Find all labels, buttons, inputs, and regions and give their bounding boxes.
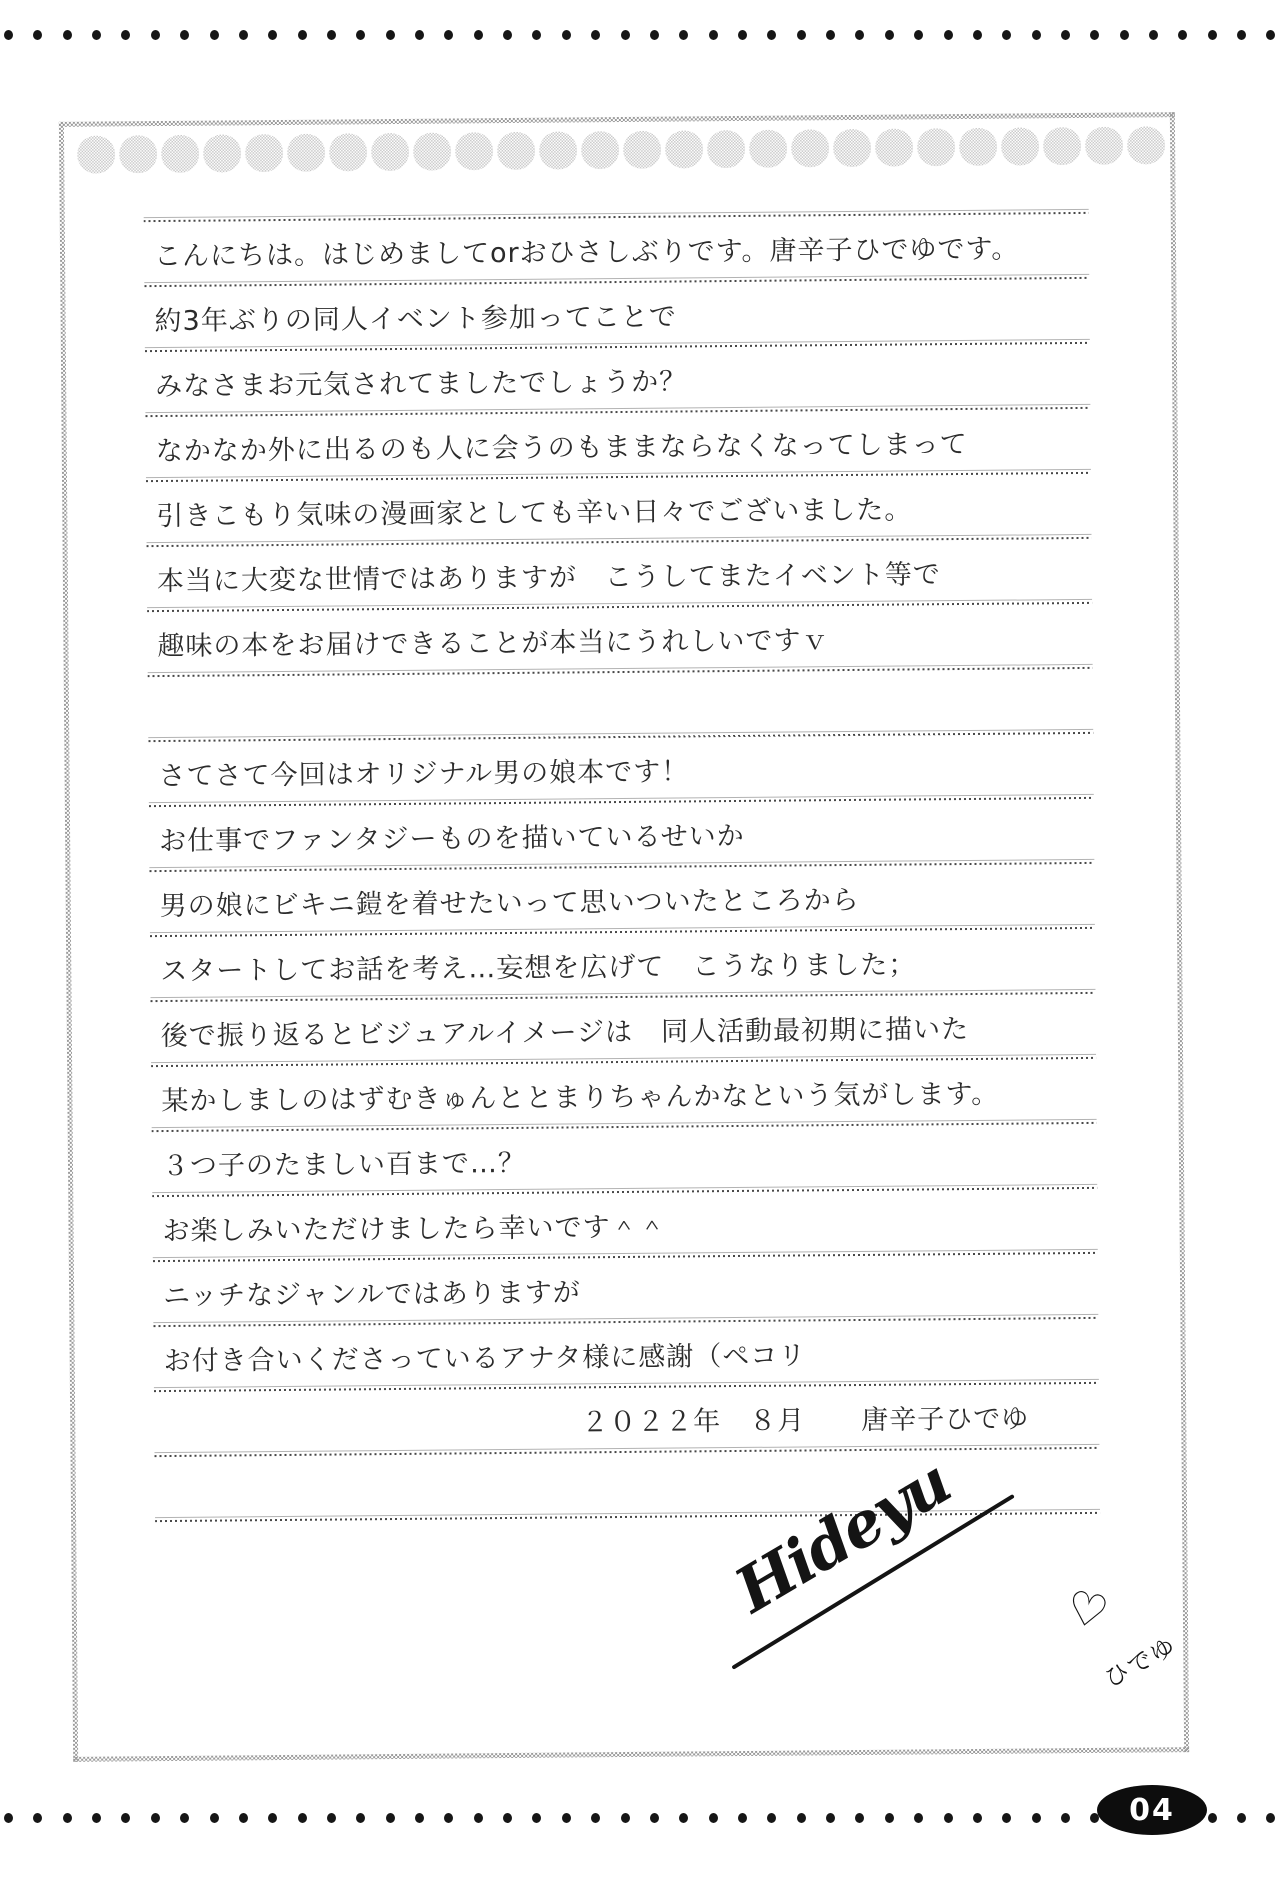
- dot: [591, 30, 600, 40]
- dot: [650, 30, 659, 40]
- dot: [709, 1813, 718, 1823]
- halftone-circle: [119, 135, 157, 173]
- text-line-row: こんにちは。はじめましてorおひさしぶりです。唐辛子ひでゆです。: [144, 215, 1090, 288]
- dot: [268, 30, 277, 40]
- artist-signature: Hideyu ♡ ひでゆ: [711, 1502, 1183, 1756]
- handwritten-text-area: こんにちは。はじめましてorおひさしぶりです。唐辛子ひでゆです。約3年ぶりの同人…: [144, 209, 1100, 1523]
- dot: [1208, 30, 1217, 40]
- handwritten-text: 後で振り返るとビジュアルイメージは 同人活動最初期に描いた: [151, 1012, 1096, 1054]
- dot: [327, 1813, 336, 1823]
- dot: [1208, 1813, 1217, 1823]
- dot: [532, 1813, 541, 1823]
- dot: [210, 1813, 219, 1823]
- halftone-circle-band: [77, 125, 1165, 174]
- dot: [415, 30, 424, 40]
- text-line-row: お仕事でファンタジーものを描いているせいか: [149, 800, 1095, 873]
- page-border-top: [59, 112, 1175, 127]
- handwritten-text: 引きこもり気味の漫画家としても辛い日々でございました。: [146, 492, 1091, 534]
- dot: [709, 30, 718, 40]
- dot: [415, 1813, 424, 1823]
- halftone-circle: [539, 131, 577, 169]
- scanned-afterword-page: こんにちは。はじめましてorおひさしぶりです。唐辛子ひでゆです。約3年ぶりの同人…: [0, 0, 1280, 1880]
- dot: [1120, 30, 1129, 40]
- dot: [973, 1813, 982, 1823]
- dot: [826, 30, 835, 40]
- dot: [121, 1813, 130, 1823]
- dot: [944, 30, 953, 40]
- dot: [1032, 30, 1041, 40]
- page-border-left: [59, 122, 78, 1762]
- dot: [180, 1813, 189, 1823]
- bottom-dots-border: [0, 1812, 1280, 1824]
- dot: [621, 30, 630, 40]
- text-line-row: 引きこもり気味の漫画家としても辛い日々でございました。: [146, 475, 1092, 548]
- dot: [474, 1813, 483, 1823]
- dot: [1237, 30, 1246, 40]
- text-line-row: 趣味の本をお届けできることが本当にうれしいですｖ: [147, 605, 1093, 678]
- dot: [239, 30, 248, 40]
- top-dots-border: [0, 29, 1280, 41]
- dot: [298, 1813, 307, 1823]
- text-line-row: ３つ子のたましい百まで…？: [152, 1125, 1098, 1198]
- halftone-circle: [623, 131, 661, 169]
- dot: [1178, 30, 1187, 40]
- halftone-circle: [581, 131, 619, 169]
- dot: [738, 1813, 747, 1823]
- handwritten-text: 約3年ぶりの同人イベント参加ってことで: [144, 297, 1089, 339]
- dot: [503, 30, 512, 40]
- dot: [885, 1813, 894, 1823]
- halftone-circle: [791, 129, 829, 167]
- text-line-row: ２０２２年 ８月 唐辛子ひでゆ: [154, 1385, 1100, 1458]
- dot: [650, 1813, 659, 1823]
- dot: [268, 1813, 277, 1823]
- dot: [973, 30, 982, 40]
- dot: [944, 1813, 953, 1823]
- halftone-circle: [917, 128, 955, 166]
- dot: [1090, 30, 1099, 40]
- halftone-circle: [1043, 127, 1081, 165]
- text-line-row: さてさて今回はオリジナル男の娘本です！: [148, 735, 1094, 808]
- halftone-circle: [371, 133, 409, 171]
- halftone-circle: [287, 134, 325, 172]
- text-line-row: ニッチなジャンルではありますが: [153, 1255, 1099, 1328]
- text-line-row: 某かしましのはずむきゅんととまりちゃんかなという気がします。: [151, 1060, 1097, 1133]
- dot: [679, 30, 688, 40]
- text-line-row: お付き合いくださっているアナタ様に感謝（ペコリ: [153, 1320, 1099, 1393]
- halftone-circle: [665, 130, 703, 168]
- dot: [1002, 1813, 1011, 1823]
- halftone-circle: [329, 133, 367, 171]
- handwritten-text: [148, 721, 1093, 729]
- dot: [885, 30, 894, 40]
- dot: [914, 30, 923, 40]
- dot: [562, 1813, 571, 1823]
- dot: [797, 30, 806, 40]
- dot: [121, 30, 130, 40]
- halftone-circle: [1085, 127, 1123, 165]
- halftone-circle: [77, 135, 115, 173]
- dot: [767, 1813, 776, 1823]
- dot: [826, 1813, 835, 1823]
- dot: [444, 30, 453, 40]
- text-line-row: お楽しみいただけましたら幸いです＾＾: [152, 1190, 1098, 1263]
- dot: [591, 1813, 600, 1823]
- dot: [532, 30, 541, 40]
- halftone-circle: [455, 132, 493, 170]
- dot: [1061, 1813, 1070, 1823]
- dot: [914, 1813, 923, 1823]
- dot: [63, 1813, 72, 1823]
- handwritten-text: お仕事でファンタジーものを描いているせいか: [149, 817, 1094, 859]
- dot: [180, 30, 189, 40]
- halftone-circle: [875, 128, 913, 166]
- dot: [151, 1813, 160, 1823]
- dot: [92, 1813, 101, 1823]
- halftone-circle: [959, 128, 997, 166]
- page-number: 04: [1129, 1793, 1175, 1828]
- heart-icon: ♡: [1062, 1579, 1113, 1640]
- dot: [63, 30, 72, 40]
- dot: [327, 30, 336, 40]
- dot: [738, 30, 747, 40]
- halftone-circle: [497, 132, 535, 170]
- dot: [562, 30, 571, 40]
- halftone-circle: [161, 135, 199, 173]
- handwritten-text: 趣味の本をお届けできることが本当にうれしいですｖ: [147, 622, 1092, 664]
- dot: [92, 30, 101, 40]
- dot: [33, 1813, 42, 1823]
- dot: [386, 30, 395, 40]
- dot: [855, 1813, 864, 1823]
- text-line-row: スタートしてお話を考え…妄想を広げて こうなりました；: [150, 930, 1096, 1003]
- page-number-badge: 04: [1097, 1785, 1207, 1835]
- text-line-row: 約3年ぶりの同人イベント参加ってことで: [144, 280, 1090, 353]
- dot: [679, 1813, 688, 1823]
- text-line-row: みなさまお元気されてましたでしょうか？: [145, 345, 1091, 418]
- dot: [4, 1813, 13, 1823]
- halftone-circle: [203, 134, 241, 172]
- halftone-circle: [1127, 126, 1165, 164]
- halftone-circle: [1001, 127, 1039, 165]
- dot: [4, 30, 13, 40]
- handwritten-text: なかなか外に出るのも人に会うのもままならなくなってしまって: [146, 427, 1091, 469]
- handwritten-text: お付き合いくださっているアナタ様に感謝（ペコリ: [154, 1337, 1099, 1379]
- halftone-circle: [749, 130, 787, 168]
- dot: [1266, 30, 1275, 40]
- dot: [1237, 1813, 1246, 1823]
- halftone-circle: [413, 132, 451, 170]
- handwritten-text: お楽しみいただけましたら幸いです＾＾: [152, 1207, 1097, 1249]
- page-frame: こんにちは。はじめましてorおひさしぶりです。唐辛子ひでゆです。約3年ぶりの同人…: [59, 112, 1189, 1762]
- handwritten-text: ニッチなジャンルではありますが: [153, 1272, 1098, 1314]
- halftone-circle: [245, 134, 283, 172]
- dot: [621, 1813, 630, 1823]
- dot: [1266, 1813, 1275, 1823]
- dot: [33, 30, 42, 40]
- handwritten-text: ３つ子のたましい百まで…？: [152, 1142, 1097, 1184]
- handwritten-text: こんにちは。はじめましてorおひさしぶりです。唐辛子ひでゆです。: [144, 232, 1089, 274]
- dot: [151, 30, 160, 40]
- dot: [797, 1813, 806, 1823]
- handwritten-text: さてさて今回はオリジナル男の娘本です！: [148, 752, 1093, 794]
- handwritten-text: 男の娘にビキニ鎧を着せたいって思いついたところから: [150, 882, 1095, 924]
- dot: [855, 30, 864, 40]
- signature-kana: ひでゆ: [1097, 1626, 1182, 1694]
- dot: [239, 1813, 248, 1823]
- text-line-row: 後で振り返るとビジュアルイメージは 同人活動最初期に描いた: [151, 995, 1097, 1068]
- dot: [298, 30, 307, 40]
- dot: [356, 1813, 365, 1823]
- dot: [1149, 30, 1158, 40]
- dot: [1061, 30, 1070, 40]
- dot: [1002, 30, 1011, 40]
- dot: [503, 1813, 512, 1823]
- text-line-row: [148, 670, 1094, 743]
- halftone-circle: [707, 130, 745, 168]
- handwritten-text: スタートしてお話を考え…妄想を広げて こうなりました；: [150, 947, 1095, 989]
- handwritten-text: ２０２２年 ８月 唐辛子ひでゆ: [154, 1402, 1099, 1444]
- dot: [386, 1813, 395, 1823]
- dot: [356, 30, 365, 40]
- dot: [474, 30, 483, 40]
- dot: [444, 1813, 453, 1823]
- dot: [210, 30, 219, 40]
- handwritten-text: みなさまお元気されてましたでしょうか？: [145, 362, 1090, 404]
- text-line-row: 本当に大変な世情ではありますが こうしてまたイベント等で: [147, 540, 1093, 613]
- dot: [1032, 1813, 1041, 1823]
- halftone-circle: [833, 129, 871, 167]
- text-line-row: なかなか外に出るのも人に会うのもままならなくなってしまって: [145, 410, 1091, 483]
- handwritten-text: 本当に大変な世情ではありますが こうしてまたイベント等で: [147, 557, 1092, 599]
- handwritten-text: 某かしましのはずむきゅんととまりちゃんかなという気がします。: [151, 1077, 1096, 1119]
- dot: [767, 30, 776, 40]
- text-line-row: 男の娘にビキニ鎧を着せたいって思いついたところから: [149, 865, 1095, 938]
